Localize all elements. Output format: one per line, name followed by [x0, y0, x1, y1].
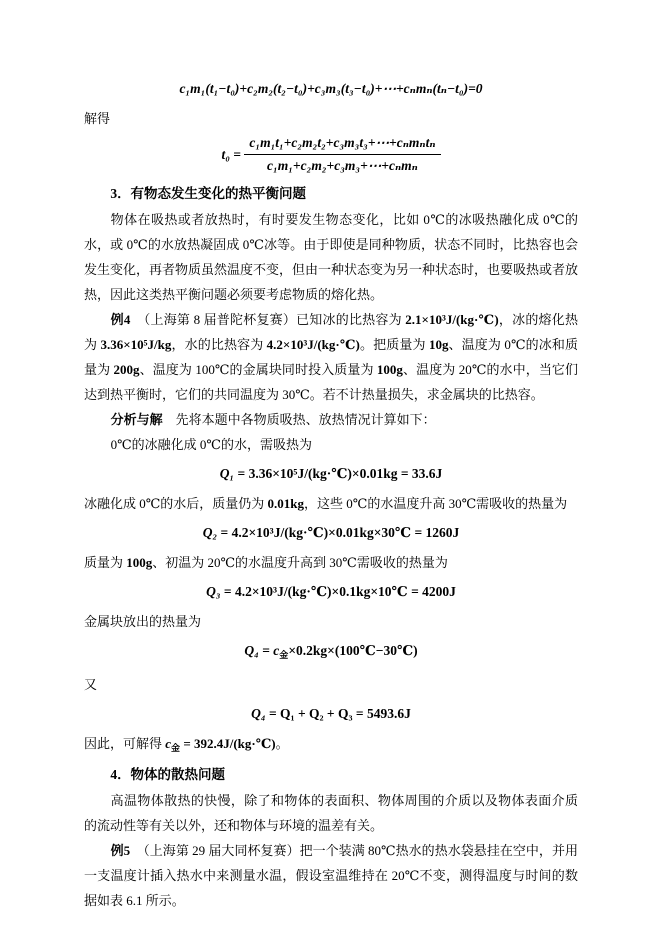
metal-subscript: 金 — [171, 743, 180, 753]
section-3-paragraph: 物体在吸热或者放热时，有时要发生物态变化，比如 0℃的冰吸热融化成 0℃的水，或… — [84, 207, 578, 307]
solve-label: 解得 — [84, 106, 578, 131]
text-run: 、初温为 20℃的水温度升高到 30℃需吸收的热量为 — [152, 555, 448, 570]
solution-intro-line: 分析与解 先将本题中各物质吸热、放热情况计算如下： — [84, 407, 578, 432]
conclusion-pre-text: 因此，可解得 — [84, 736, 165, 751]
q3-expression: = 4.2×10³J/(kg·℃)×0.1kg×10℃ = 4200J — [221, 584, 456, 599]
ice-mass-value: 10g — [429, 337, 449, 352]
document-page: c₁m₁(t₁−t₀)+c₂m₂(t₂−t₀)+c₃m₃(t₃−t₀)+⋯+cₙ… — [0, 0, 661, 935]
equation-final-temperature: t₀ = c₁m₁t₁+c₂m₂t₂+c₃m₃t₃+⋯+cₙmₙtₙ c₁m₁+… — [84, 136, 578, 176]
text-run: ，这些 0℃的水温度升高 30℃需吸收的热量为 — [304, 496, 567, 511]
equation-heat-balance-text: c₁m₁(t₁−t₀)+c₂m₂(t₂−t₀)+c₃m₃(t₃−t₀)+⋯+cₙ… — [179, 81, 482, 96]
also-label: 又 — [84, 672, 578, 697]
solution-step-3-line: 质量为 100g、初温为 20℃的水温度升高到 30℃需吸收的热量为 — [84, 550, 578, 575]
q4-equals: = — [259, 643, 273, 658]
solution-step-2-line: 冰融化成 0℃的水后，质量仍为 0.01kg，这些 0℃的水温度升高 30℃需吸… — [84, 491, 578, 516]
q4-sum-expression: = Q₁ + Q₂ + Q₃ = 5493.6J — [266, 706, 411, 721]
ice-melting-heat-value: 3.36×10⁵J/kg — [100, 337, 171, 352]
text-run: 。把质量为 — [360, 337, 429, 352]
equation-q3: Q₃ = 4.2×10³J/(kg·℃)×0.1kg×10℃ = 4200J — [84, 580, 578, 604]
equation-q4-sum: Q₄ = Q₁ + Q₂ + Q₃ = 5493.6J — [84, 702, 578, 726]
q4-expression-rest: ×0.2kg×(100℃−30℃) — [288, 643, 417, 658]
q1-expression: = 3.36×10⁵J/(kg·℃)×0.01kg = 33.6J — [234, 466, 442, 481]
example-5-paragraph: 例5 （上海第 29 届大同杯复赛）把一个装满 80℃热水的热水袋悬挂在空中，并… — [84, 838, 578, 913]
q4-variable: Q₄ — [244, 643, 258, 658]
q1-variable: Q₁ — [220, 466, 234, 481]
section-4-heading: 4．物体的散热问题 — [84, 762, 578, 787]
solution-step-4-line: 金属块放出的热量为 — [84, 609, 578, 634]
equation-q1: Q₁ = 3.36×10⁵J/(kg·℃)×0.01kg = 33.6J — [84, 462, 578, 486]
q2-variable: Q₂ — [203, 525, 217, 540]
metal-subscript: 金 — [279, 650, 288, 660]
section-4-paragraph: 高温物体散热的快慢，除了和物体的表面积、物体周围的介质以及物体表面介质的流动性等… — [84, 788, 578, 838]
q4-sum-variable: Q₄ — [251, 706, 265, 721]
example-4-paragraph: 例4 （上海第 8 届普陀杯复赛）已知冰的比热容为 2.1×10³J/(kg·℃… — [84, 307, 578, 407]
fraction-numerator: c₁m₁t₁+c₂m₂t₂+c₃m₃t₃+⋯+cₙmₙtₙ — [244, 133, 440, 154]
ice-specific-heat-value: 2.1×10³J/(kg·℃) — [405, 312, 498, 327]
example-4-label: 例4 — [111, 312, 131, 327]
solution-step-1-line: 0℃的冰融化成 0℃的水，需吸热为 — [84, 432, 578, 457]
melted-water-mass-value: 0.01kg — [268, 496, 304, 511]
text-run: ，水的比热容为 — [171, 337, 266, 352]
q3-variable: Q₃ — [206, 584, 220, 599]
text-run: （上海第 29 届大同杯复赛）把一个装满 80℃热水的热水袋悬挂在空中，并用一支… — [84, 843, 578, 908]
solution-label: 分析与解 — [111, 412, 163, 427]
final-temp-fraction: c₁m₁t₁+c₂m₂t₂+c₃m₃t₃+⋯+cₙmₙtₙ c₁m₁+c₂m₂+… — [244, 133, 440, 176]
water-mass-value: 100g — [377, 362, 403, 377]
equation-q2: Q₂ = 4.2×10³J/(kg·℃)×0.01kg×30℃ = 1260J — [84, 521, 578, 545]
section-3-heading: 3．有物态发生变化的热平衡问题 — [84, 181, 578, 206]
q2-expression: = 4.2×10³J/(kg·℃)×0.01kg×30℃ = 1260J — [217, 525, 459, 540]
conclusion-line: 因此，可解得 c金 = 392.4J/(kg·℃)。 — [84, 731, 578, 761]
text-run: 、温度为 100℃的金属块同时投入质量为 — [140, 362, 377, 377]
fraction-denominator: c₁m₁+c₂m₂+c₃m₃+⋯+cₙmₙ — [244, 154, 440, 176]
metal-mass-value: 200g — [114, 362, 140, 377]
final-temp-lhs: t₀ = — [221, 147, 241, 162]
text-run: 质量为 — [84, 555, 126, 570]
initial-water-mass-value: 100g — [126, 555, 152, 570]
equation-heat-balance: c₁m₁(t₁−t₀)+c₂m₂(t₂−t₀)+c₃m₃(t₃−t₀)+⋯+cₙ… — [84, 77, 578, 101]
conclusion-post-text: 。 — [276, 736, 289, 751]
text-run: （上海第 8 届普陀杯复赛）已知冰的比热容为 — [130, 312, 405, 327]
solution-intro-text: 先将本题中各物质吸热、放热情况计算如下： — [163, 412, 436, 427]
metal-specific-heat-result: = 392.4J/(kg·℃) — [180, 736, 276, 751]
equation-q4-expression: Q₄ = c金×0.2kg×(100℃−30℃) — [84, 639, 578, 667]
water-specific-heat-value: 4.2×10³J/(kg·℃) — [267, 337, 360, 352]
text-run: 冰融化成 0℃的水后，质量仍为 — [84, 496, 268, 511]
example-5-label: 例5 — [111, 843, 131, 858]
